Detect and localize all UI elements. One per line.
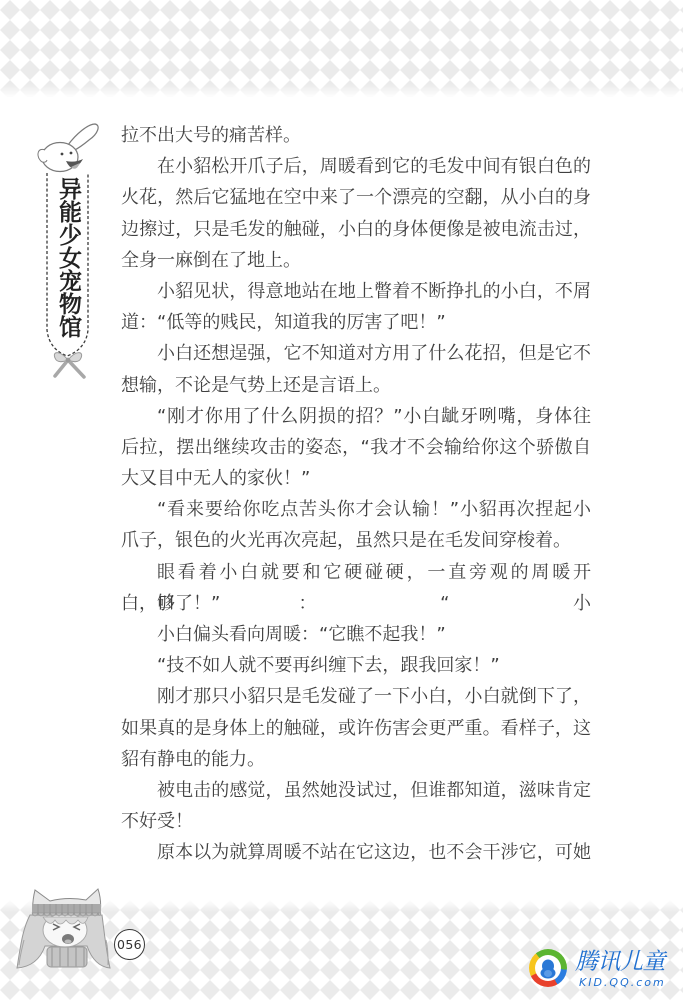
bow-icon bbox=[54, 353, 84, 377]
logo-inner bbox=[535, 955, 561, 981]
text-line: 火花，然后它猛地在空中来了一个漂亮的空翻，从小白的身 bbox=[121, 182, 591, 213]
series-title: 异能少女宠物馆 bbox=[50, 177, 86, 338]
paragraph: 小貂见状，得意地站在地上瞥着不断挣扎的小白，不屑 道：“低等的贱民，知道我的厉害… bbox=[121, 276, 593, 338]
body-text: 拉不出大号的痛苦样。 在小貂松开爪子后，周暖看到它的毛发中间有银白色的 火花，然… bbox=[121, 120, 593, 869]
text-line: 在小貂松开爪子后，周暖看到它的毛发中间有银白色的 bbox=[121, 151, 591, 182]
paragraph: 在小貂松开爪子后，周暖看到它的毛发中间有银白色的 火花，然后它猛地在空中来了一个… bbox=[121, 151, 593, 276]
text-line: 边擦过，只是毛发的触碰，小白的身体便像是被电流击过， bbox=[121, 214, 591, 245]
paragraph: “刚才你用了什么阴损的招？”小白龇牙咧嘴，身体往 后拉，摆出继续攻击的姿态，“我… bbox=[121, 401, 593, 495]
paragraph: 眼看着小白就要和它硬碰硬，一直旁观的周暖开口：“小 白，够了！” bbox=[121, 557, 593, 619]
text-line: “刚才你用了什么阴损的招？”小白龇牙咧嘴，身体往 bbox=[121, 401, 591, 432]
penguin-logo-icon bbox=[529, 949, 567, 987]
text-line: 爪子，银色的火光再次亮起，虽然只是在毛发间穿梭着。 bbox=[121, 525, 591, 556]
paragraph: “看来要给你吃点苦头你才会认输！”小貂再次捏起小 爪子，银色的火光再次亮起，虽然… bbox=[121, 494, 593, 556]
text-line: 想输，不论是气势上还是言语上。 bbox=[121, 370, 591, 401]
paragraph: 小白偏头看向周暖：“它瞧不起我！” bbox=[121, 619, 593, 650]
text-line: 拉不出大号的痛苦样。 bbox=[121, 120, 591, 151]
text-line: 不好受！ bbox=[121, 806, 591, 837]
paragraph: 原本以为就算周暖不站在它这边，也不会干涉它，可她 bbox=[121, 837, 593, 868]
text-line: 道：“低等的贱民，知道我的厉害了吧！” bbox=[121, 307, 591, 338]
penguin-icon bbox=[535, 955, 561, 981]
text-line: 如果真的是身体上的触碰，或许伤害会更严重。看样子，这 bbox=[121, 713, 591, 744]
text-line: 全身一麻倒在了地上。 bbox=[121, 245, 591, 276]
paragraph: “技不如人就不要再纠缠下去，跟我回家！” bbox=[121, 650, 593, 681]
text-line: “看来要给你吃点苦头你才会认输！”小貂再次捏起小 bbox=[121, 494, 591, 525]
text-line: 貂有静电的能力。 bbox=[121, 744, 591, 775]
text-line: 小白偏头看向周暖：“它瞧不起我！” bbox=[121, 619, 591, 650]
text-line: 后拉，摆出继续攻击的姿态，“我才不会输给你这个骄傲自 bbox=[121, 432, 591, 463]
text-line: 大又目中无人的家伙！” bbox=[121, 463, 591, 494]
cat-hat-girl-illustration bbox=[0, 870, 120, 980]
page-number: 056 bbox=[114, 929, 145, 960]
text-line: 刚才那只小貂只是毛发碰了一下小白，小白就倒下了， bbox=[121, 681, 591, 712]
paragraph: 拉不出大号的痛苦样。 bbox=[121, 120, 593, 151]
text-line: 眼看着小白就要和它硬碰硬，一直旁观的周暖开口：“小 bbox=[121, 557, 591, 588]
paragraph: 被电击的感觉，虽然她没试过，但谁都知道，滋味肯定 不好受！ bbox=[121, 775, 593, 837]
text-line: 被电击的感觉，虽然她没试过，但谁都知道，滋味肯定 bbox=[121, 775, 591, 806]
brand-name: 腾讯儿童 bbox=[575, 949, 665, 976]
brand-domain: KID.QQ.com bbox=[579, 976, 666, 989]
paragraph: 小白还想逞强，它不知道对方用了什么花招，但是它不 想输，不论是气势上还是言语上。 bbox=[121, 338, 593, 400]
text-line: 原本以为就算周暖不站在它这边，也不会干涉它，可她 bbox=[121, 837, 591, 868]
text-line: 小貂见状，得意地站在地上瞥着不断挣扎的小白，不屑 bbox=[121, 276, 591, 307]
paragraph: 刚才那只小貂只是毛发碰了一下小白，小白就倒下了， 如果真的是身体上的触碰，或许伤… bbox=[121, 681, 593, 775]
rabbit-mascot-icon bbox=[38, 124, 98, 172]
text-line: “技不如人就不要再纠缠下去，跟我回家！” bbox=[121, 650, 591, 681]
text-line: 小白还想逞强，它不知道对方用了什么花招，但是它不 bbox=[121, 338, 591, 369]
